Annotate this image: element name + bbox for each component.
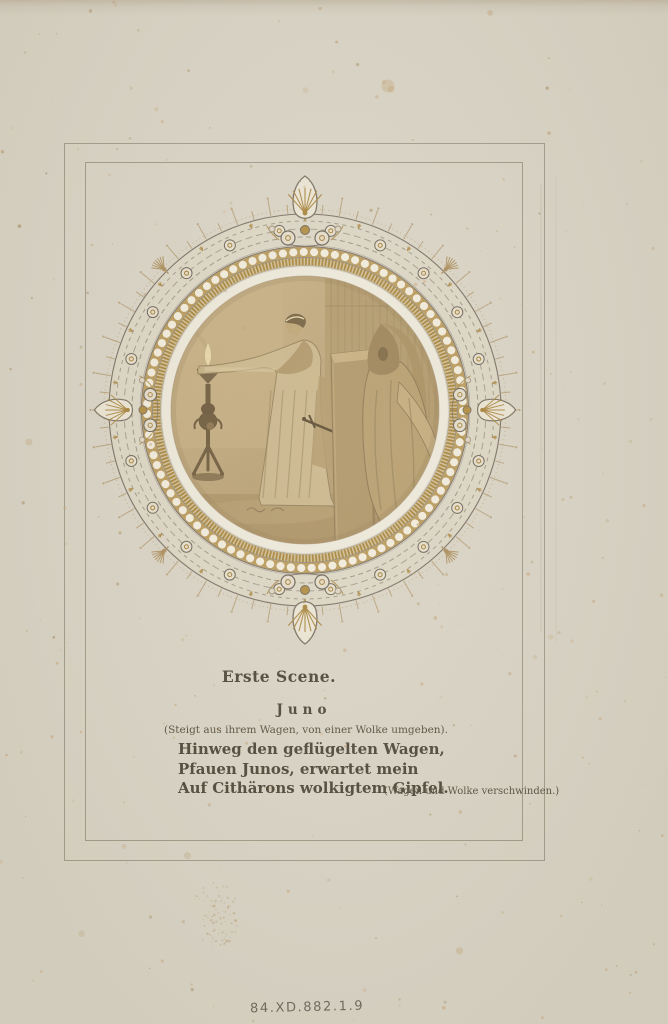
page-artwork <box>0 0 668 1024</box>
scene-heading: Erste Scene. <box>47 667 511 686</box>
verse-line: Hinweg den geflügelten Wagen, <box>178 740 449 760</box>
accession-number-handwritten: 84.XD.882.1.9 <box>250 999 364 1017</box>
exit-stage-direction: (Wagen und Wolke verschwinden.) <box>384 786 559 797</box>
speaker-name: Juno <box>60 702 548 718</box>
album-page: Erste Scene. Juno (Steigt aus ihrem Wage… <box>0 0 668 1024</box>
ornamental-medallion <box>89 176 520 644</box>
entry-stage-direction: (Steigt aus ihrem Wagen, von einer Wolke… <box>60 724 552 736</box>
verse-line: Pfauen Junos, erwartet mein <box>178 760 449 780</box>
